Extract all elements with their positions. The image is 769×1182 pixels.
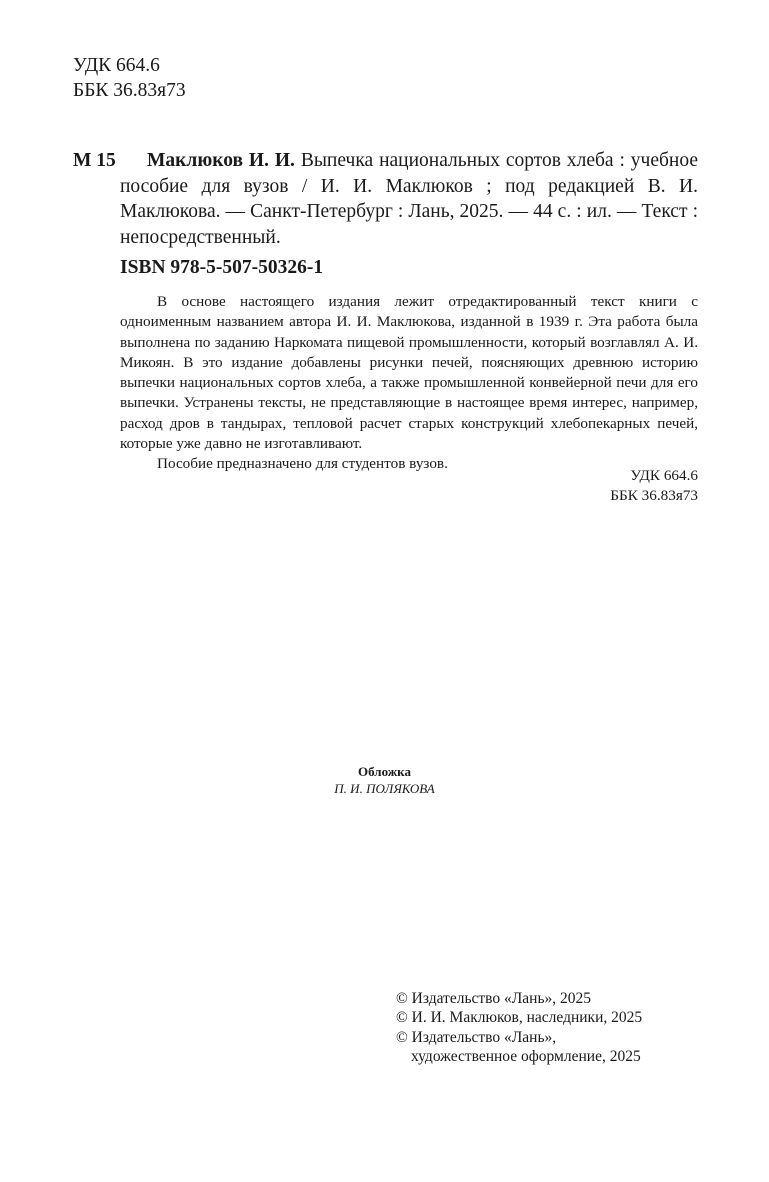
author-name: Маклюков И. И. xyxy=(147,150,295,171)
annotation: В основе настоящего издания лежит отреда… xyxy=(120,292,698,475)
cover-designer-name: П. И. ПОЛЯКОВА xyxy=(0,780,769,797)
copyright-line: © Издательство «Лань», 2025 xyxy=(396,989,642,1008)
bbk-code: ББК 36.83я73 xyxy=(73,78,186,103)
udk-code: УДК 664.6 xyxy=(610,466,698,486)
bibliographic-entry: Маклюков И. И. Выпечка национальных сорт… xyxy=(120,148,698,250)
bibliographic-record: М 15 Маклюков И. И. Выпечка национальных… xyxy=(73,148,698,250)
copyright-line: © И. И. Маклюков, наследники, 2025 xyxy=(396,1008,642,1027)
copyright-block: © Издательство «Лань», 2025 © И. И. Макл… xyxy=(396,989,642,1066)
annotation-paragraph: В основе настоящего издания лежит отреда… xyxy=(120,292,698,454)
bbk-code: ББК 36.83я73 xyxy=(610,486,698,506)
udk-code: УДК 664.6 xyxy=(73,53,186,78)
classification-codes-bottom: УДК 664.6 ББК 36.83я73 xyxy=(610,466,698,507)
isbn: ISBN 978-5-507-50326-1 xyxy=(120,257,323,279)
author-code: М 15 xyxy=(73,148,116,174)
cover-credit: Обложка П. И. ПОЛЯКОВА xyxy=(0,763,769,797)
copyright-line: художественное оформление, 2025 xyxy=(396,1047,642,1066)
classification-codes-top: УДК 664.6 ББК 36.83я73 xyxy=(73,53,186,103)
copyright-line: © Издательство «Лань», xyxy=(396,1028,642,1047)
cover-credit-title: Обложка xyxy=(0,763,769,780)
